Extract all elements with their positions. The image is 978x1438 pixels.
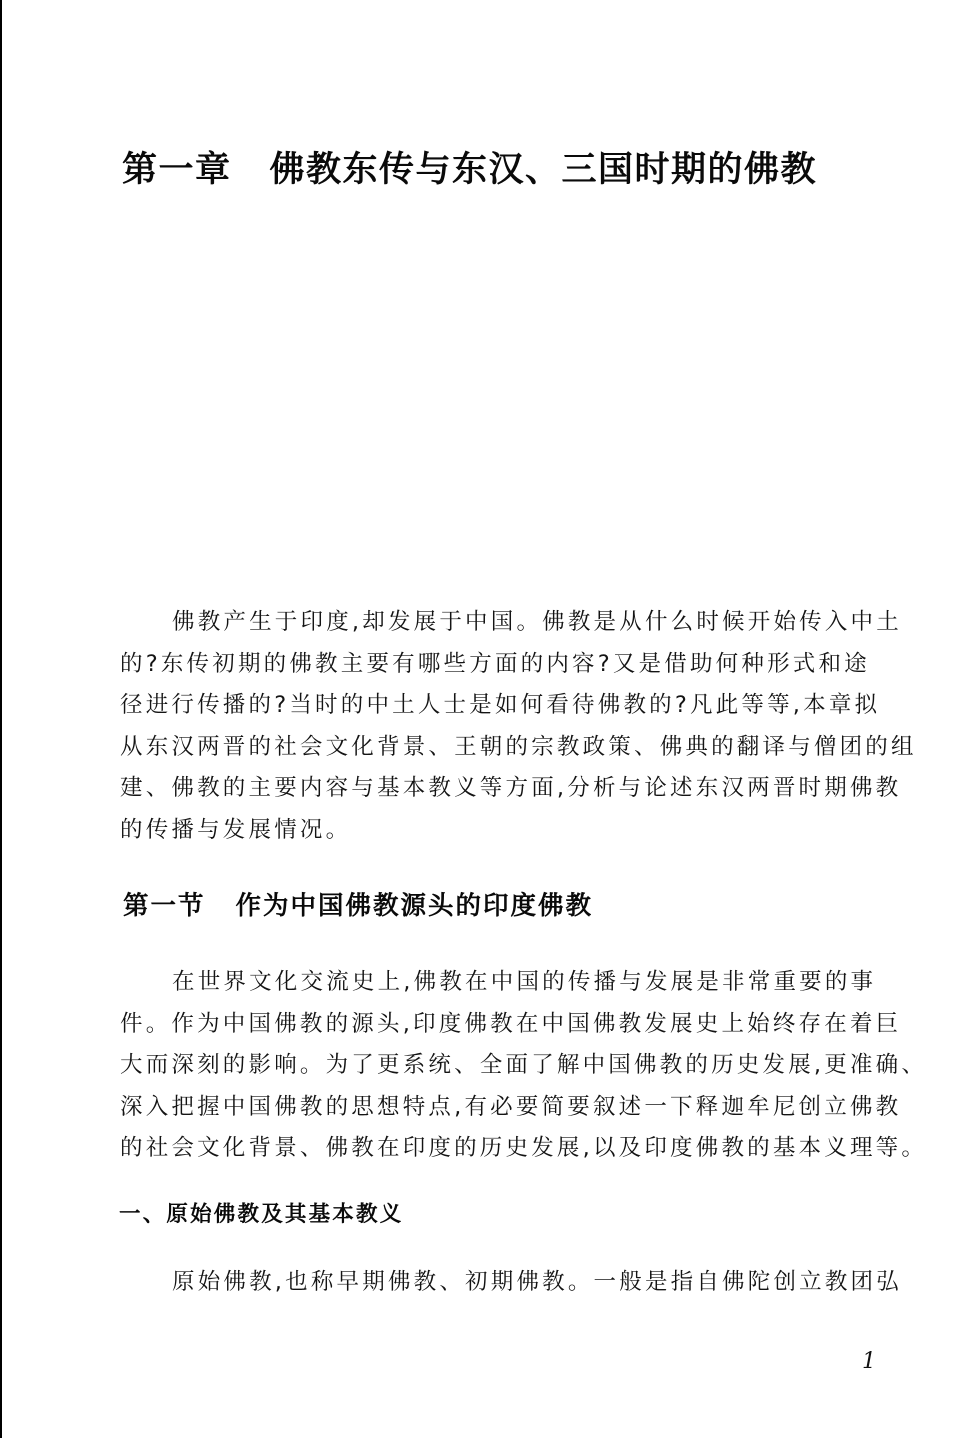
paragraph-line: 的传播与发展情况。 bbox=[120, 810, 876, 852]
paragraph-line: 从东汉两晋的社会文化背景、王朝的宗教政策、佛典的翻译与僧团的组 bbox=[120, 727, 876, 769]
paragraph-line: 佛教产生于印度,却发展于中国。佛教是从什么时候开始传入中土 bbox=[120, 602, 876, 644]
intro-paragraph: 佛教产生于印度,却发展于中国。佛教是从什么时候开始传入中土 的?东传初期的佛教主… bbox=[120, 602, 876, 852]
page-edge-line bbox=[0, 0, 2, 1438]
paragraph-line: 件。作为中国佛教的源头,印度佛教在中国佛教发展史上始终存在着巨 bbox=[120, 1004, 876, 1046]
chapter-number: 第一章 bbox=[122, 150, 232, 190]
section-title-text: 作为中国佛教源头的印度佛教 bbox=[236, 891, 594, 921]
section-number: 第一节 bbox=[123, 891, 206, 921]
section-title: 第一节作为中国佛教源头的印度佛教 bbox=[123, 888, 593, 924]
page-number: 1 bbox=[862, 1349, 876, 1375]
paragraph-line: 建、佛教的主要内容与基本教义等方面,分析与论述东汉两晋时期佛教 bbox=[120, 768, 876, 810]
chapter-title-text: 佛教东传与东汉、三国时期的佛教 bbox=[270, 150, 818, 190]
paragraph-line: 径进行传播的?当时的中土人士是如何看待佛教的?凡此等等,本章拟 bbox=[120, 685, 876, 727]
paragraph-line: 的社会文化背景、佛教在印度的历史发展,以及印度佛教的基本义理等。 bbox=[120, 1128, 876, 1170]
paragraph-line: 原始佛教,也称早期佛教、初期佛教。一般是指自佛陀创立教团弘 bbox=[120, 1262, 876, 1304]
subsection-paragraph: 原始佛教,也称早期佛教、初期佛教。一般是指自佛陀创立教团弘 bbox=[120, 1262, 876, 1304]
paragraph-line: 大而深刻的影响。为了更系统、全面了解中国佛教的历史发展,更准确、 bbox=[120, 1045, 876, 1087]
paragraph-line: 的?东传初期的佛教主要有哪些方面的内容?又是借助何种形式和途 bbox=[120, 644, 876, 686]
chapter-title: 第一章佛教东传与东汉、三国时期的佛教 bbox=[122, 148, 817, 192]
subsection-title: 一、原始佛教及其基本教义 bbox=[119, 1199, 403, 1231]
paragraph-line: 在世界文化交流史上,佛教在中国的传播与发展是非常重要的事 bbox=[120, 962, 876, 1004]
section-paragraph: 在世界文化交流史上,佛教在中国的传播与发展是非常重要的事 件。作为中国佛教的源头… bbox=[120, 962, 876, 1170]
paragraph-line: 深入把握中国佛教的思想特点,有必要简要叙述一下释迦牟尼创立佛教 bbox=[120, 1087, 876, 1129]
